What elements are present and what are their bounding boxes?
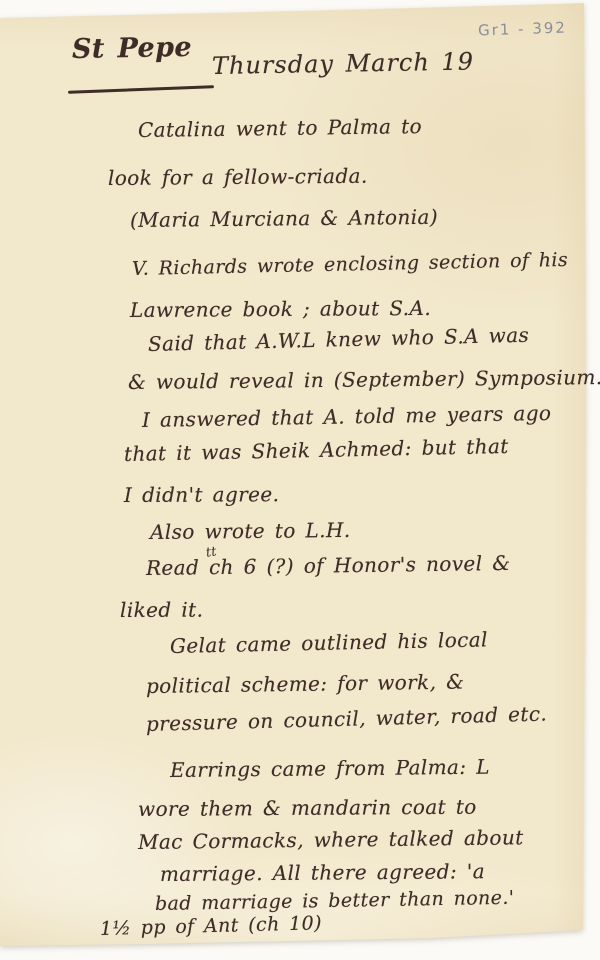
manuscript-line: (Maria Murciana & Antonia) (130, 205, 438, 232)
manuscript-line: Lawrence book ; about S.A. (130, 296, 431, 322)
manuscript-line: Also wrote to L.H. (150, 518, 351, 544)
insertion-correction-mark: tt (205, 544, 217, 560)
catalog-number: Gr1 - 392 (478, 18, 567, 39)
manuscript-line: Read ch 6 (?) of Honor's novel & (146, 551, 511, 580)
manuscript-line: & would reveal in (September) Symposium. (128, 365, 600, 394)
manuscript-line: Earrings came from Palma: L (170, 755, 490, 782)
manuscript-line: liked it. (120, 598, 203, 622)
scanned-page: St Pepe Thursday March 19 Gr1 - 392 Cata… (0, 0, 600, 960)
manuscript-line: marriage. All there agreed: 'a (160, 859, 485, 886)
place-heading: St Pepe (72, 32, 193, 65)
manuscript-line: Catalina went to Palma to (138, 114, 422, 142)
manuscript-line: Mac Cormacks, where talked about (138, 825, 524, 854)
manuscript-line: wore them & mandarin coat to (138, 795, 477, 821)
manuscript-line: I didn't agree. (124, 482, 279, 507)
manuscript-line: look for a fellow-criada. (108, 164, 368, 190)
manuscript-line: political scheme: for work, & (146, 670, 465, 698)
date-heading: Thursday March 19 (212, 47, 474, 80)
